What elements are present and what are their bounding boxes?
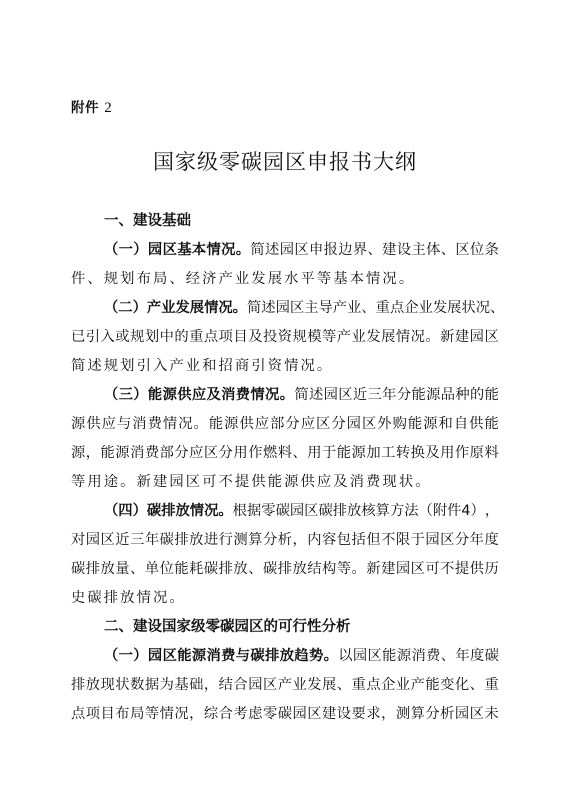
paragraph-line: 史碳排放情况。 bbox=[71, 584, 499, 613]
document-title: 国家级零碳园区申报书大纲 bbox=[0, 146, 570, 176]
document-page: 附件 2 国家级零碳园区申报书大纲 一、建设基础（一）园区基本情况。简述园区申报… bbox=[0, 0, 570, 810]
attachment-label-text: 附件 bbox=[71, 100, 99, 116]
paragraph-line: 件、规划布局、经济产业发展水平等基本情况。 bbox=[71, 265, 499, 294]
section-heading: 一、建设基础 bbox=[104, 207, 191, 236]
paragraph-line: 点项目布局等情况，综合考虑零碳园区建设要求，测算分析园区未 bbox=[71, 700, 499, 729]
paragraph-line: 碳排放量、单位能耗碳排放、碳排放结构等。新建园区可不提供历 bbox=[71, 555, 499, 584]
paragraph-line: 对园区近三年碳排放进行测算分析，内容包括但不限于园区分年度 bbox=[71, 526, 499, 555]
paragraph-line: （四）碳排放情况。根据零碳园区碳排放核算方法（附件4）， bbox=[104, 497, 499, 526]
paragraph-line: 排放现状数据为基础，结合园区产业发展、重点企业产能变化、重 bbox=[71, 671, 499, 700]
paragraph-line: （三）能源供应及消费情况。简述园区近三年分能源品种的能 bbox=[104, 381, 499, 410]
attachment-number: 2 bbox=[104, 100, 112, 116]
paragraph-line: （一）园区能源消费与碳排放趋势。以园区能源消费、年度碳 bbox=[104, 642, 499, 671]
paragraph-line: （一）园区基本情况。简述园区申报边界、建设主体、区位条 bbox=[104, 236, 499, 265]
paragraph-line: 等用途。新建园区可不提供能源供应及消费现状。 bbox=[71, 468, 499, 497]
paragraph-line: （二）产业发展情况。简述园区主导产业、重点企业发展状况、 bbox=[104, 294, 499, 323]
paragraph-line: 简述规划引入产业和招商引资情况。 bbox=[71, 352, 499, 381]
paragraph-line: 已引入或规划中的重点项目及投资规模等产业发展情况。新建园区 bbox=[71, 323, 499, 352]
section-heading: 二、建设国家级零碳园区的可行性分析 bbox=[104, 613, 351, 642]
paragraph-line: 源供应与消费情况。能源供应部分应区分园区外购能源和自供能 bbox=[71, 410, 499, 439]
paragraph-line: 源，能源消费部分应区分用作燃料、用于能源加工转换及用作原料 bbox=[71, 439, 499, 468]
attachment-label: 附件 2 bbox=[71, 96, 112, 117]
